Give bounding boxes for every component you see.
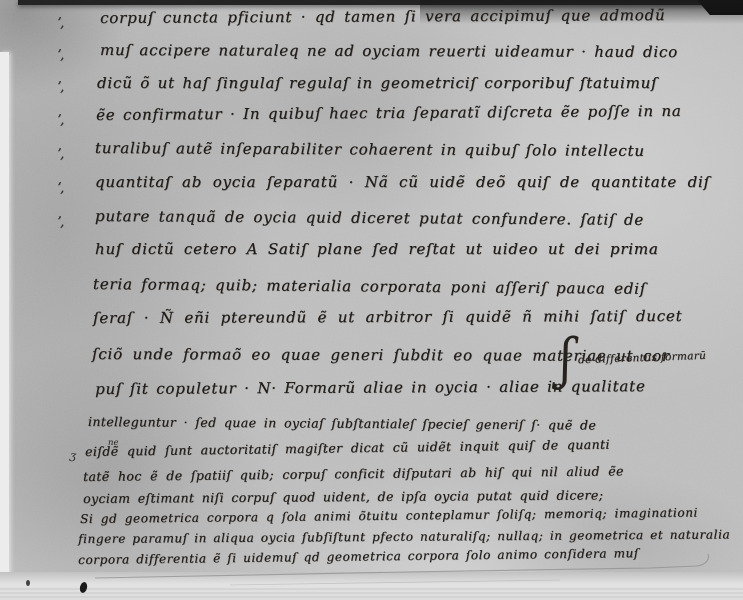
manuscript-line-17: Si gd geometrica corpora q ſola animi õt… [80, 507, 698, 525]
manuscript-line-18: fingere paramuſ in aliqua oycia ſubſiſtu… [78, 528, 730, 545]
margin-section-mark: ʒ [69, 449, 77, 463]
margin-quote-mark: ʼ, [57, 215, 63, 230]
margin-quote-mark: ʼ, [57, 48, 63, 63]
manuscript-line-9: teria formaq; quib; materialia corporata… [93, 277, 646, 297]
marginal-note-bracket: ʃ [560, 328, 572, 392]
ink-blot-small [26, 580, 30, 586]
manuscript-line-3: dicũ õ ut haſ ſingulaſ regulaſ in geomet… [97, 76, 658, 91]
page-left-edge [0, 52, 9, 600]
manuscript-line-15: tatẽ hoc ẽ de ſpatiiſ quib; corpuſ confi… [83, 465, 624, 483]
margin-quote-mark: ʼ, [57, 147, 63, 162]
manuscript-line-10: ſeraſ · Ñ eñi ptereundũ ẽ ut arbitror ſi… [93, 309, 682, 326]
manuscript-line-19: corpora differentia ẽ ſi uidemuſ qd geom… [78, 547, 639, 566]
margin-quote-mark: ʼ, [57, 113, 63, 128]
manuscript-line-8: huſ dictũ cetero A Satiſ plane ſed reſta… [95, 242, 659, 257]
manuscript-line-16: oyciam eſtimant niſi corpuſ quod uident,… [83, 489, 603, 505]
manuscript-line-1: corpuſ cuncta pficiunt · qd tamen ſi ver… [100, 8, 665, 26]
manuscript-line-14: eiſdẽ quid ſunt auctoritatiſ magiſter di… [85, 439, 610, 459]
scan-bottom-streaks [0, 588, 743, 600]
margin-quote-mark: ʼ, [57, 16, 63, 31]
manuscript-line-2: muſ accipere naturaleq ne ad oyciam reue… [100, 43, 678, 60]
margin-quote-mark: ʼ, [57, 181, 63, 196]
margin-quote-mark: ʼ, [57, 80, 63, 95]
manuscript-line-5: turalibuſ autẽ inſeparabiliter cohaerent… [95, 141, 645, 159]
manuscript-line-13: intelleguntur · ſed quae in oyciaſ ſubſt… [88, 416, 596, 432]
manuscript-line-4: ẽe confirmatur · In quibuſ haec tria ſep… [96, 104, 682, 123]
manuscript-scan: ʼ, ʼ, ʼ, ʼ, ʼ, ʼ, ʼ, corpuſ cuncta pfici… [0, 0, 743, 600]
manuscript-line-6: quantitaſ ab oycia ſeparatũ · Nã cũ uidẽ… [95, 175, 710, 190]
manuscript-line-7: putare tanquã de oycia quid diceret puta… [95, 209, 644, 228]
